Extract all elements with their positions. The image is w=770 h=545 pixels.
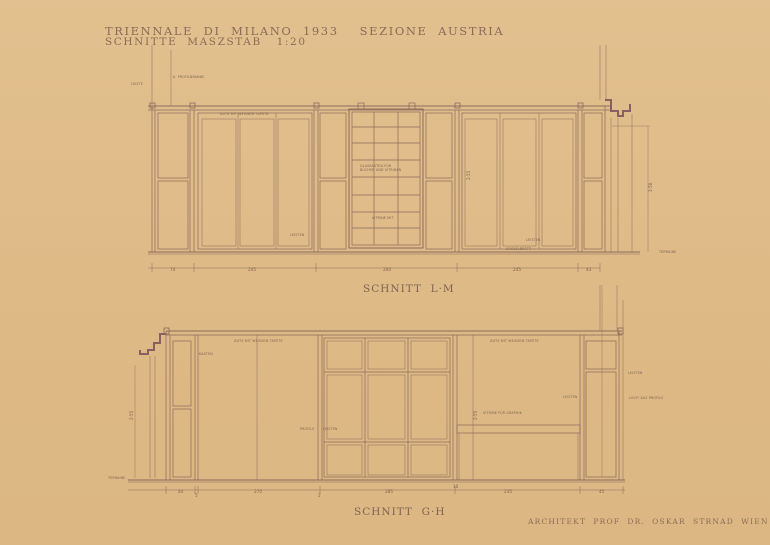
label-height-right: 3·50 bbox=[648, 182, 653, 192]
label-licht: LICHT AUS PROFILE bbox=[629, 396, 663, 400]
dim-g4: 2 bbox=[318, 493, 321, 498]
label-leisten-right: LEISTEN bbox=[526, 238, 541, 242]
dim-3: 200 bbox=[383, 267, 391, 272]
label-leisten-c: LEISTEN bbox=[323, 427, 338, 431]
dim-g5: 285 bbox=[385, 489, 393, 494]
label-height-mid-lower: 2·55 bbox=[473, 410, 478, 420]
section-lm bbox=[148, 45, 650, 272]
label-height-left-lower: 2·55 bbox=[129, 410, 134, 420]
drawing-sheet: TRIENNALE DI MILANO 1933 SEZIONE AUSTRIA… bbox=[0, 0, 770, 545]
architectural-sections: K. PROFILBRANDE LEISTE DUTS MIT WEISSEM … bbox=[0, 0, 770, 545]
label-profile: PROFILE bbox=[300, 427, 315, 431]
label-kasten: KASTEN bbox=[199, 352, 213, 356]
architect-credit: ARCHITEKT PROF DR. OSKAR STRNAD WIEN bbox=[528, 517, 769, 526]
label-leisten-b: LEISTEN bbox=[628, 371, 643, 375]
label-leisten-a: LEISTEN bbox=[563, 395, 578, 399]
label-cabinet-note-2: BÜCHER UND VITRINEN bbox=[360, 167, 402, 172]
dim-g6: 10 bbox=[453, 484, 459, 489]
caption-schnitt-lm: SCHNITT L·M bbox=[363, 283, 455, 295]
caption-schnitt-gh: SCHNITT G·H bbox=[354, 506, 445, 518]
dim-g1: 44 bbox=[178, 489, 184, 494]
label-leisten-left: LEISTEN bbox=[290, 233, 305, 237]
dim-g2: 5 bbox=[195, 493, 198, 498]
label-vitrine: VITRINE FÜR GRAPHIK bbox=[483, 410, 523, 415]
dim-1: 74 bbox=[170, 267, 176, 272]
dim-4: 245 bbox=[513, 267, 521, 272]
label-panel-note: DUTS MIT WEISSEM TAPETE bbox=[220, 112, 269, 116]
label-panel-note-right: DUTS MIT WEISSEM TAPETE bbox=[490, 339, 539, 343]
label-cabinet-shelf: VITRINE MIT bbox=[372, 216, 393, 220]
section-lm-labels: K. PROFILBRANDE LEISTE DUTS MIT WEISSEM … bbox=[131, 75, 676, 272]
dim-2: 245 bbox=[248, 267, 256, 272]
label-profilbrande: K. PROFILBRANDE bbox=[173, 75, 205, 79]
dim-g8: 45 bbox=[599, 489, 605, 494]
label-terrain-upper: TERRAINE bbox=[658, 250, 676, 254]
label-leiste: LEISTE bbox=[131, 82, 143, 86]
dim-5: 43 bbox=[586, 267, 592, 272]
label-height-mid: 2·55 bbox=[466, 170, 471, 180]
section-gh bbox=[128, 285, 625, 494]
dim-g7: 235 bbox=[504, 489, 512, 494]
dim-g3: 270 bbox=[254, 489, 262, 494]
label-terrain-lower: TERRAINE bbox=[107, 476, 125, 480]
label-panel-note-left: DUTS MIT WEISSEM TAPETE bbox=[234, 339, 283, 343]
label-sockelbrett: SOCKELBRETT bbox=[506, 247, 531, 251]
